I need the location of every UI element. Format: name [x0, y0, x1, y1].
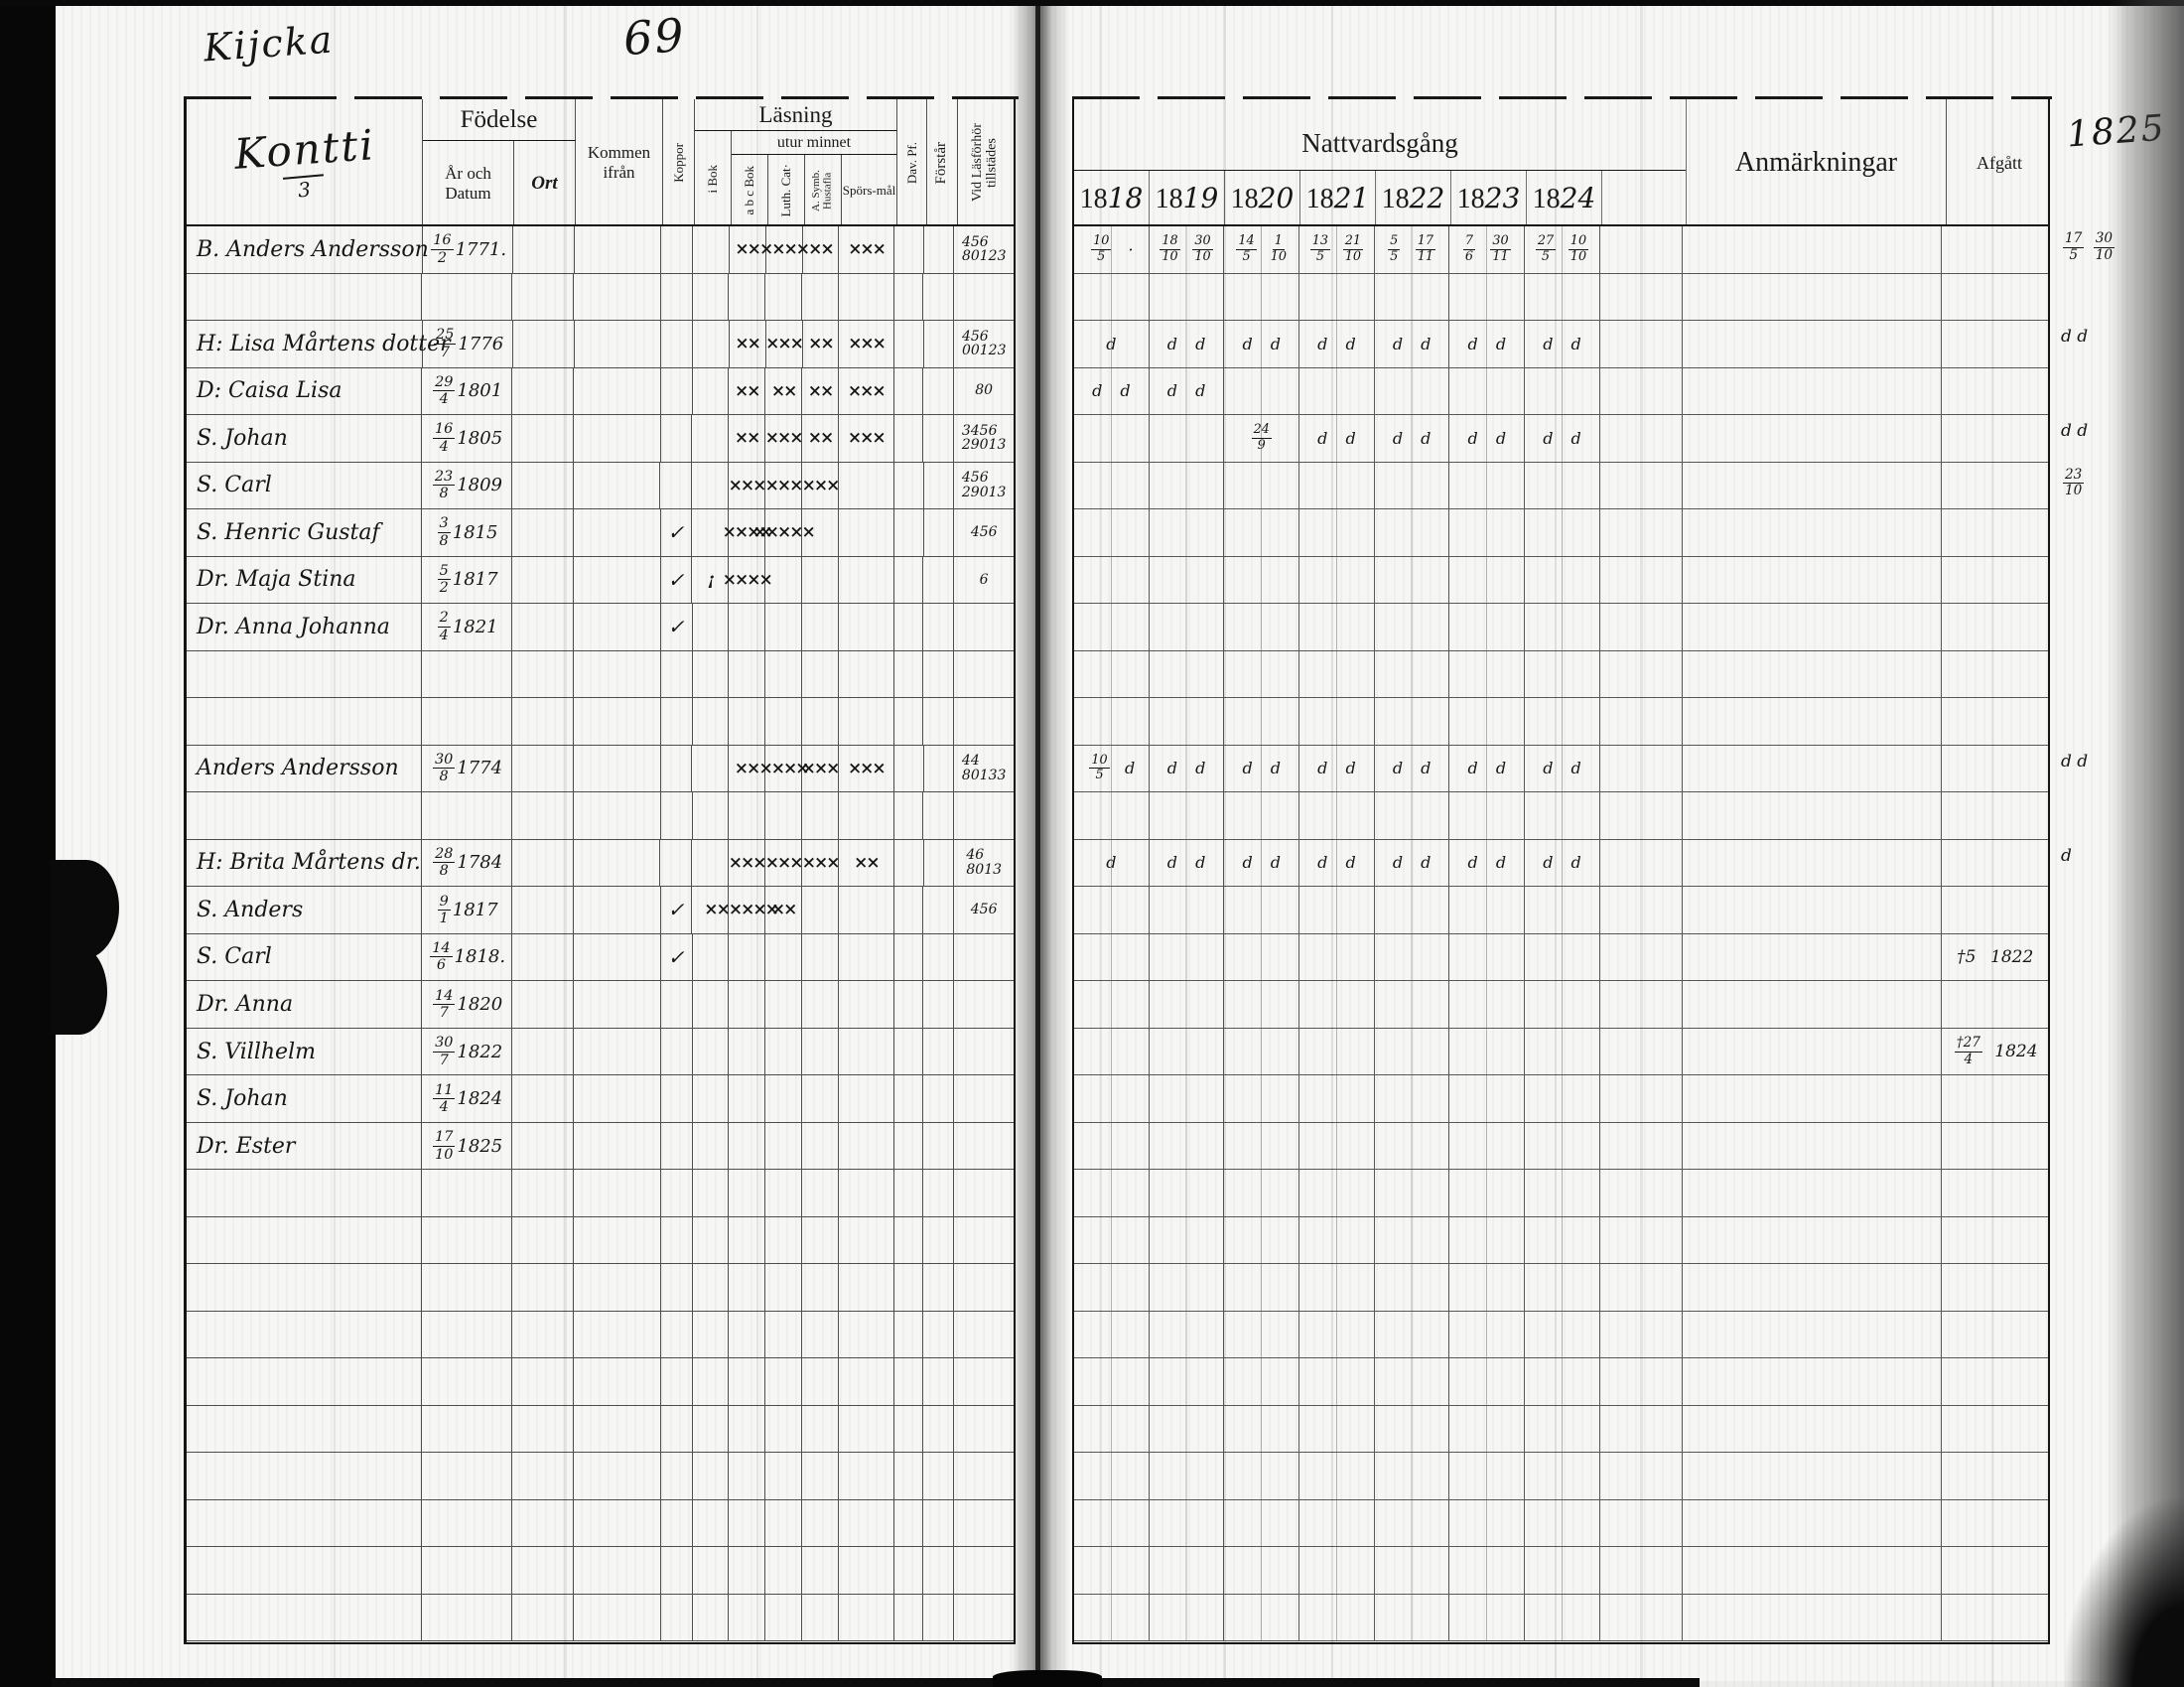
table-cell	[954, 274, 1014, 321]
table-cell	[1683, 1217, 1942, 1264]
table-cell	[839, 463, 894, 509]
table-cell	[1150, 981, 1225, 1028]
table-cell	[1299, 1358, 1375, 1405]
table-cell	[1525, 1595, 1600, 1641]
table-cell	[1224, 557, 1299, 604]
table-cell: ××	[802, 415, 839, 462]
table-cell: ××	[839, 840, 894, 887]
table-cell: ×××	[765, 415, 802, 462]
year-header: 1823	[1451, 171, 1527, 226]
table-cell: 307 1822	[422, 1029, 513, 1075]
table-cell	[923, 981, 954, 1028]
table-cell	[1683, 1595, 1942, 1641]
table-cell	[894, 1123, 924, 1170]
record-row: S. Carl238 1809×××××××××45629013	[187, 463, 1014, 510]
table-cell	[1299, 1170, 1375, 1216]
table-cell	[729, 1358, 765, 1405]
table-cell	[661, 1500, 693, 1547]
table-cell	[574, 1170, 661, 1216]
table-cell	[954, 792, 1014, 839]
table-cell	[954, 698, 1014, 745]
table-cell	[894, 1547, 924, 1594]
table-cell: ×××	[729, 463, 765, 509]
table-cell	[1525, 1312, 1600, 1358]
table-cell	[1942, 1406, 2048, 1453]
table-cell: 468013	[954, 840, 1014, 887]
table-cell	[1683, 1075, 1942, 1122]
table-cell	[1525, 1217, 1600, 1264]
table-cell	[1224, 1453, 1299, 1499]
table-cell: ✓	[661, 934, 693, 981]
table-cell	[924, 226, 955, 273]
table-cell	[1224, 792, 1299, 839]
record-row	[187, 1264, 1014, 1312]
table-cell	[765, 604, 802, 650]
table-cell	[1074, 1264, 1150, 1311]
table-cell	[1942, 1500, 2048, 1547]
table-cell	[923, 1595, 954, 1641]
table-cell	[1150, 1312, 1225, 1358]
table-cell	[1683, 226, 1942, 273]
table-cell	[661, 1358, 693, 1405]
table-cell	[765, 792, 802, 839]
table-cell	[1299, 274, 1375, 321]
record-row: †5 1822	[1074, 934, 2048, 982]
record-row: B. Anders Andersson162 1771.×××××××××××4…	[187, 226, 1014, 274]
table-cell: 238 1809	[422, 463, 512, 509]
table-cell	[839, 1123, 894, 1170]
table-cell	[1683, 604, 1942, 650]
record-row	[1074, 981, 2048, 1029]
margin-note: 2310	[2061, 469, 2086, 498]
table-cell: S. Villhelm	[187, 1029, 422, 1075]
table-cell	[661, 1217, 693, 1264]
page-number: 69	[621, 8, 687, 66]
table-cell	[729, 1500, 765, 1547]
table-cell: d d	[1375, 321, 1450, 367]
table-cell	[693, 1123, 730, 1170]
record-row: H: Lisa Mårtens dotter257 1776××××××××××…	[187, 321, 1014, 368]
table-cell	[1683, 1500, 1942, 1547]
table-cell	[923, 1075, 954, 1122]
table-cell	[1224, 1312, 1299, 1358]
table-cell	[1525, 274, 1600, 321]
table-cell	[1299, 651, 1375, 698]
table-cell	[802, 934, 839, 981]
record-row: 249d dd dd dd d	[1074, 415, 2048, 463]
table-cell	[1074, 698, 1150, 745]
table-cell	[894, 463, 924, 509]
table-cell	[802, 509, 839, 556]
table-cell	[1525, 1170, 1600, 1216]
table-cell	[422, 1547, 513, 1594]
table-cell	[1449, 557, 1525, 604]
record-row	[187, 1453, 1014, 1500]
table-cell	[1150, 1075, 1225, 1122]
table-cell	[1683, 509, 1942, 556]
table-cell	[693, 1547, 730, 1594]
table-cell	[422, 1264, 513, 1311]
table-cell	[693, 604, 730, 650]
table-cell	[575, 226, 661, 273]
record-row	[187, 1358, 1014, 1406]
table-cell	[693, 1029, 730, 1075]
table-cell: d d	[1150, 746, 1225, 792]
table-cell: ✓	[661, 557, 693, 604]
table-cell	[1375, 1264, 1450, 1311]
table-cell	[1224, 1595, 1299, 1641]
table-cell	[954, 934, 1014, 981]
table-cell	[839, 1170, 894, 1216]
table-cell	[1299, 792, 1375, 839]
table-cell	[661, 368, 693, 415]
table-cell	[1942, 1217, 2048, 1264]
record-row: Dr. Anna147 1820	[187, 981, 1014, 1029]
header-koppor: Koppor	[672, 143, 686, 183]
table-cell	[765, 651, 802, 698]
table-cell	[1074, 1547, 1150, 1594]
table-cell: 80	[954, 368, 1014, 415]
record-row	[1074, 1170, 2048, 1217]
table-cell	[839, 651, 894, 698]
table-cell	[894, 557, 924, 604]
table-cell	[1942, 274, 2048, 321]
table-cell	[894, 1312, 924, 1358]
table-cell	[1150, 463, 1225, 509]
table-cell	[1683, 1123, 1942, 1170]
table-cell	[1150, 1217, 1225, 1264]
table-cell	[1299, 1217, 1375, 1264]
table-cell	[574, 557, 661, 604]
table-cell	[765, 1453, 802, 1499]
table-cell	[954, 1595, 1014, 1641]
table-cell: 1810 3010	[1150, 226, 1225, 273]
table-cell: d d	[1375, 840, 1450, 887]
table-cell	[692, 463, 729, 509]
table-cell: S. Carl	[187, 463, 422, 509]
table-cell: d d	[1525, 746, 1600, 792]
table-cell	[839, 1453, 894, 1499]
table-cell	[1375, 1312, 1450, 1358]
table-cell	[1150, 887, 1225, 933]
table-cell	[1224, 1358, 1299, 1405]
table-cell: ×××××	[765, 509, 802, 556]
table-cell	[187, 698, 422, 745]
table-cell	[1942, 1595, 2048, 1641]
table-cell	[693, 1075, 730, 1122]
table-cell	[1449, 604, 1525, 650]
table-cell: 105 ·	[1074, 226, 1150, 273]
table-cell	[1150, 274, 1225, 321]
table-cell	[1525, 981, 1600, 1028]
record-row: S. Anders91 1817✓××××××××456	[187, 887, 1014, 934]
table-cell	[894, 1217, 924, 1264]
record-row: S. Carl146 1818.✓	[187, 934, 1014, 982]
table-cell	[765, 1595, 802, 1641]
table-cell	[1375, 604, 1450, 650]
table-cell	[1525, 509, 1600, 556]
table-cell	[894, 226, 924, 273]
record-row: †274 1824	[1074, 1029, 2048, 1076]
table-cell: 456	[954, 509, 1014, 556]
table-cell	[422, 698, 513, 745]
table-cell	[574, 1595, 661, 1641]
header-a-symb: A. Symb. Hustafla	[811, 156, 834, 225]
table-cell	[802, 1595, 839, 1641]
table-cell	[693, 1595, 730, 1641]
table-cell	[1074, 509, 1150, 556]
table-cell	[693, 651, 730, 698]
table-cell: S. Anders	[187, 887, 422, 933]
table-cell	[1942, 1453, 2048, 1499]
table-cell: 145 110	[1224, 226, 1299, 273]
table-cell	[574, 1358, 661, 1405]
table-cell	[1375, 557, 1450, 604]
table-cell: 45600123	[954, 321, 1014, 367]
table-cell	[661, 274, 693, 321]
table-cell: ××	[803, 226, 840, 273]
record-row	[187, 274, 1014, 322]
table-cell	[894, 746, 924, 792]
header-abc-bok: a b c Bok	[743, 166, 756, 214]
table-cell	[729, 1264, 765, 1311]
table-cell	[1375, 1500, 1450, 1547]
table-cell	[954, 981, 1014, 1028]
table-cell	[1683, 557, 1942, 604]
record-row	[1074, 1075, 2048, 1123]
table-cell	[954, 1547, 1014, 1594]
table-cell	[1942, 368, 2048, 415]
table-cell: 456	[954, 887, 1014, 933]
table-cell: 38 1815	[422, 509, 513, 556]
table-cell	[839, 1547, 894, 1594]
table-cell	[1299, 557, 1375, 604]
table-cell	[1525, 1075, 1600, 1122]
table-cell	[839, 509, 894, 556]
table-cell	[1942, 1123, 2048, 1170]
header-fodelse: Födelse	[423, 99, 576, 141]
table-cell	[1525, 698, 1600, 745]
table-cell	[1150, 557, 1225, 604]
table-cell	[954, 1217, 1014, 1264]
year-header: 1822	[1376, 171, 1451, 226]
table-cell	[765, 1075, 802, 1122]
table-cell	[1150, 1264, 1225, 1311]
table-cell	[1375, 1170, 1450, 1216]
table-cell	[693, 1264, 730, 1311]
table-cell	[923, 1312, 954, 1358]
table-cell	[693, 1170, 730, 1216]
table-cell	[661, 1595, 693, 1641]
header-ar-och-datum: År och Datum	[423, 141, 514, 226]
header-nattvardsgang: Nattvardsgång	[1074, 117, 1686, 171]
table-cell: S. Henric Gustaf	[187, 509, 422, 556]
table-cell	[1375, 1075, 1450, 1122]
table-cell: Dr. Ester	[187, 1123, 422, 1170]
table-cell: ×××	[802, 746, 839, 792]
table-cell: d d	[1449, 321, 1525, 367]
table-cell	[1224, 463, 1299, 509]
table-cell	[802, 604, 839, 650]
table-cell: ×××	[802, 463, 839, 509]
table-cell	[765, 1217, 802, 1264]
table-cell	[923, 887, 954, 933]
table-cell: ××	[765, 887, 802, 933]
year-header: 1819	[1150, 171, 1225, 226]
table-cell	[1942, 887, 2048, 933]
table-cell: d d	[1224, 746, 1299, 792]
table-cell	[1299, 463, 1375, 509]
table-cell	[839, 1500, 894, 1547]
table-cell	[1299, 1123, 1375, 1170]
table-cell	[894, 1500, 924, 1547]
household-name-script: Kontti	[232, 120, 376, 179]
table-cell	[1224, 1170, 1299, 1216]
table-cell	[729, 1170, 765, 1216]
record-row: dd dd dd dd dd dd d	[1074, 840, 2048, 888]
record-row	[1074, 1358, 2048, 1406]
table-cell	[574, 1217, 661, 1264]
table-cell	[661, 1312, 693, 1358]
margin-note: d d	[2061, 327, 2088, 347]
table-cell	[693, 274, 730, 321]
table-cell	[1299, 1312, 1375, 1358]
table-cell	[802, 1075, 839, 1122]
table-cell	[802, 792, 839, 839]
table-cell	[693, 1453, 730, 1499]
table-cell	[1942, 604, 2048, 650]
table-cell	[923, 792, 954, 839]
table-cell	[1074, 981, 1150, 1028]
table-cell	[1375, 1029, 1450, 1075]
scan-edge-right	[2107, 0, 2184, 1687]
margin-note: d d	[2061, 752, 2088, 772]
table-cell	[187, 1217, 422, 1264]
table-cell	[661, 698, 693, 745]
table-cell	[187, 1500, 422, 1547]
table-cell	[894, 1170, 924, 1216]
table-cell	[1299, 368, 1375, 415]
table-cell	[1683, 321, 1942, 367]
table-cell: ×××	[729, 840, 765, 887]
record-row	[1074, 1123, 2048, 1171]
table-cell	[693, 698, 730, 745]
table-cell	[802, 698, 839, 745]
table-cell: 164 1805	[422, 415, 513, 462]
table-cell	[1299, 1406, 1375, 1453]
table-cell	[574, 746, 661, 792]
record-row	[187, 792, 1014, 840]
table-cell	[187, 1358, 422, 1405]
left-table-body: B. Anders Andersson162 1771.×××××××××××4…	[187, 226, 1014, 1641]
table-cell	[1942, 415, 2048, 462]
table-cell	[1449, 651, 1525, 698]
table-cell	[923, 1358, 954, 1405]
table-cell	[1224, 1500, 1299, 1547]
table-cell	[1942, 1264, 2048, 1311]
scan-corner-blot	[2065, 1498, 2184, 1687]
table-cell	[1942, 981, 2048, 1028]
table-cell	[894, 1595, 924, 1641]
table-cell	[187, 1170, 422, 1216]
table-cell	[1449, 1264, 1525, 1311]
record-row	[1074, 1547, 2048, 1595]
table-cell: ×××	[765, 463, 802, 509]
table-cell	[1525, 1264, 1600, 1311]
table-cell	[1224, 509, 1299, 556]
table-cell: 135 2110	[1299, 226, 1375, 273]
record-row	[1074, 509, 2048, 557]
table-cell: d	[1074, 321, 1150, 367]
table-cell: d d	[1375, 746, 1450, 792]
table-cell	[1942, 698, 2048, 745]
table-cell	[1683, 1312, 1942, 1358]
table-cell	[660, 840, 692, 887]
table-cell	[1375, 981, 1450, 1028]
year-header: 1818	[1074, 171, 1150, 226]
table-cell	[894, 1406, 924, 1453]
table-cell	[802, 1547, 839, 1594]
scanned-church-record-page: Kijcka 69 1825 Kontti 3 Födelse År och D…	[0, 0, 2184, 1687]
table-cell	[1150, 1123, 1225, 1170]
table-cell	[574, 1312, 661, 1358]
table-cell: d d	[1449, 840, 1525, 887]
table-cell: ✓	[661, 887, 693, 933]
left-examination-table: Kontti 3 Födelse År och Datum Ort Kommen…	[184, 99, 1016, 1644]
table-cell	[692, 746, 729, 792]
table-cell	[1375, 368, 1450, 415]
table-cell	[1299, 981, 1375, 1028]
table-cell	[954, 1500, 1014, 1547]
table-cell: 249	[1224, 415, 1299, 462]
table-cell	[1449, 1547, 1525, 1594]
record-row	[1074, 1500, 2048, 1548]
table-cell	[1683, 1029, 1942, 1075]
book-binding-gutter	[1011, 0, 1070, 1687]
record-row	[187, 1170, 1014, 1217]
record-row: d dd d	[1074, 368, 2048, 416]
table-cell	[692, 415, 729, 462]
record-row	[1074, 792, 2048, 840]
right-table-header: Nattvardsgång 18181819182018211822182318…	[1074, 99, 2048, 226]
record-row	[187, 1312, 1014, 1359]
table-cell	[693, 1217, 730, 1264]
table-cell	[1150, 698, 1225, 745]
table-cell	[1074, 1595, 1150, 1641]
table-cell	[1299, 1264, 1375, 1311]
table-cell	[1150, 1358, 1225, 1405]
table-cell	[894, 1358, 924, 1405]
scan-edge-top	[0, 0, 2184, 6]
table-cell	[422, 1595, 513, 1641]
table-cell: ×××	[802, 840, 839, 887]
table-cell	[660, 463, 692, 509]
table-cell	[1224, 274, 1299, 321]
table-cell	[1074, 463, 1150, 509]
table-cell	[1299, 1547, 1375, 1594]
table-cell	[661, 1170, 693, 1216]
table-cell	[1942, 463, 2048, 509]
table-cell: ××××	[765, 746, 802, 792]
table-cell	[954, 1170, 1014, 1216]
table-cell	[661, 981, 693, 1028]
table-cell	[954, 604, 1014, 650]
table-cell	[574, 1453, 661, 1499]
table-cell	[574, 934, 661, 981]
table-cell	[574, 463, 661, 509]
table-cell	[839, 887, 894, 933]
table-cell	[1525, 1358, 1600, 1405]
